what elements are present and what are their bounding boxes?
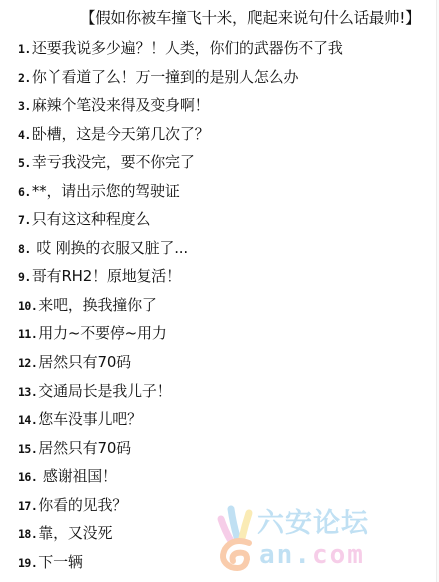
item-number: 12. [18, 356, 37, 370]
item-text: 幸亏我没完，要不你完了 [32, 153, 195, 171]
list-item: 3.麻辣个笔没来得及变身啊！ [18, 94, 343, 123]
item-text: 哎 刚换的衣服又脏了... [32, 239, 188, 257]
list-item: 4.卧槽，这是今天第几次了？ [18, 123, 343, 152]
item-text: 只有这这种程度么 [32, 210, 150, 228]
item-number: 2. [18, 71, 31, 85]
item-text: 交通局长是我儿子！ [38, 382, 171, 400]
list-item: 10.来吧，换我撞你了 [18, 294, 343, 323]
list-item: 5.幸亏我没完，要不你完了 [18, 151, 343, 180]
item-text: 哥有RH2！原地复活！ [32, 267, 181, 285]
quote-list: 1.还要我说多少遍？！人类，你们的武器伤不了我 2.你丫看道了么！万一撞到的是别… [18, 37, 343, 579]
item-text: 居然只有70码 [38, 353, 131, 371]
item-number: 18. [18, 527, 37, 541]
list-item: 6.**，请出示您的驾驶证 [18, 180, 343, 209]
list-item: 16. 感谢祖国！ [18, 465, 343, 494]
list-item: 8. 哎 刚换的衣服又脏了... [18, 237, 343, 266]
item-number: 1. [18, 42, 31, 56]
item-number: 10. [18, 299, 37, 313]
document-page: 【假如你被车撞飞十米，爬起来说句什么话最帅!】 1.还要我说多少遍？！人类，你们… [0, 0, 436, 582]
item-text: 你丫看道了么！万一撞到的是别人怎么办 [32, 68, 298, 86]
item-text: 靠，又没死 [38, 524, 112, 542]
list-item: 13.交通局长是我儿子！ [18, 380, 343, 409]
hand-swirl-logo-icon [215, 505, 259, 573]
item-number: 13. [18, 385, 37, 399]
watermark-site-name: 六安论坛 [257, 509, 369, 539]
list-item: 14.您车没事儿吧？ [18, 408, 343, 437]
page-title: 【假如你被车撞飞十米，爬起来说句什么话最帅!】 [80, 8, 420, 28]
list-item: 12.居然只有70码 [18, 351, 343, 380]
item-number: 9. [18, 270, 31, 284]
item-text: 下一辆 [38, 553, 82, 571]
item-number: 3. [18, 99, 31, 113]
item-text: 卧槽，这是今天第几次了？ [32, 125, 210, 143]
item-number: 5. [18, 156, 31, 170]
item-text: 来吧，换我撞你了 [38, 296, 156, 314]
item-number: 15. [18, 442, 37, 456]
item-text: 您车没事儿吧？ [38, 410, 142, 428]
item-number: 17. [18, 499, 37, 513]
item-number: 7. [18, 213, 31, 227]
item-text: 你看的见我？ [38, 496, 127, 514]
item-number: 14. [18, 413, 37, 427]
list-item: 9.哥有RH2！原地复活！ [18, 265, 343, 294]
item-number: 19. [18, 556, 37, 570]
item-text: 感谢祖国！ [38, 467, 117, 485]
list-item: 2.你丫看道了么！万一撞到的是别人怎么办 [18, 66, 343, 95]
item-number: 16. [18, 470, 37, 484]
item-text: **，请出示您的驾驶证 [32, 182, 180, 200]
item-number: 6. [18, 185, 31, 199]
item-text: 用力~不要停~用力 [38, 324, 166, 342]
item-text: 还要我说多少遍？！人类，你们的武器伤不了我 [32, 39, 343, 57]
item-number: 11. [18, 327, 37, 341]
item-number: 8. [18, 242, 31, 256]
list-item: 1.还要我说多少遍？！人类，你们的武器伤不了我 [18, 37, 343, 66]
list-item: 7.只有这这种程度么 [18, 208, 343, 237]
watermark-domain: an.com [259, 541, 365, 569]
list-item: 11.用力~不要停~用力 [18, 322, 343, 351]
item-text: 麻辣个笔没来得及变身啊！ [32, 96, 210, 114]
item-text: 居然只有70码 [38, 439, 131, 457]
site-watermark: 六安论坛 an.com [215, 505, 390, 573]
list-item: 15.居然只有70码 [18, 437, 343, 466]
item-number: 4. [18, 128, 31, 142]
